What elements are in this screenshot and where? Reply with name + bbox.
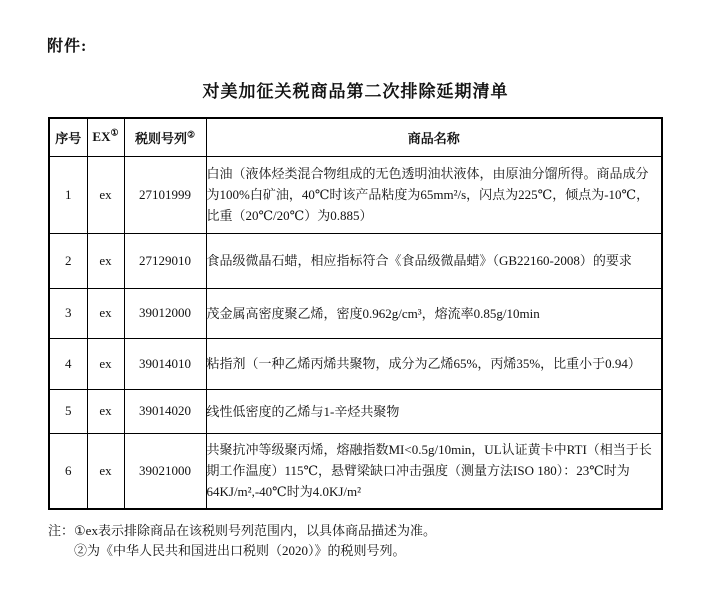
table-row: 1 ex 27101999 白油（液体烃类混合物组成的无色透明油状液体，由原油分… bbox=[49, 156, 662, 233]
cell-seq: 2 bbox=[49, 233, 87, 288]
cell-code: 39014010 bbox=[124, 338, 206, 389]
table-row: 3 ex 39012000 茂金属高密度聚乙烯，密度0.962g/cm³，熔流率… bbox=[49, 288, 662, 338]
cell-desc: 茂金属高密度聚乙烯，密度0.962g/cm³，熔流率0.85g/10min bbox=[206, 288, 662, 338]
attachment-label: 附件: bbox=[47, 33, 87, 56]
cell-code: 27129010 bbox=[124, 233, 206, 288]
table-row: 6 ex 39021000 共聚抗冲等级聚丙烯，熔融指数MI<0.5g/10mi… bbox=[49, 433, 662, 509]
cell-ex: ex bbox=[87, 338, 124, 389]
cell-code: 39014020 bbox=[124, 389, 206, 433]
note-label: 注： bbox=[48, 521, 74, 561]
cell-code: 27101999 bbox=[124, 156, 206, 233]
col-header-ex: EX① bbox=[87, 118, 124, 156]
document-page: 附件: 对美加征关税商品第二次排除延期清单 序号 EX① 税则号列② 商品名称 … bbox=[0, 0, 726, 596]
cell-ex: ex bbox=[87, 433, 124, 509]
document-title: 对美加征关税商品第二次排除延期清单 bbox=[48, 77, 663, 102]
cell-seq: 1 bbox=[49, 156, 87, 233]
cell-seq: 6 bbox=[49, 433, 87, 509]
col-header-seq: 序号 bbox=[49, 118, 87, 156]
table-row: 5 ex 39014020 线性低密度的乙烯与1-辛烃共聚物 bbox=[49, 389, 662, 433]
cell-desc: 白油（液体烃类混合物组成的无色透明油状液体，由原油分馏所得。商品成分为100%白… bbox=[206, 156, 662, 233]
cell-desc: 线性低密度的乙烯与1-辛烃共聚物 bbox=[206, 389, 662, 433]
table-header-row: 序号 EX① 税则号列② 商品名称 bbox=[49, 118, 662, 156]
cell-ex: ex bbox=[87, 156, 124, 233]
col-header-code: 税则号列② bbox=[124, 118, 206, 156]
cell-ex: ex bbox=[87, 389, 124, 433]
cell-ex: ex bbox=[87, 288, 124, 338]
cell-seq: 4 bbox=[49, 338, 87, 389]
notes: 注： ①ex表示排除商品在该税则号列范围内，以具体商品描述为准。 ②为《中华人民… bbox=[48, 521, 436, 561]
cell-ex: ex bbox=[87, 233, 124, 288]
note-item: ①ex表示排除商品在该税则号列范围内，以具体商品描述为准。 bbox=[74, 521, 436, 541]
table-header: 序号 EX① 税则号列② 商品名称 bbox=[49, 118, 662, 156]
col-header-ex-label: EX bbox=[92, 129, 110, 144]
cell-desc: 粘指剂（一种乙烯丙烯共聚物，成分为乙烯65%，丙烯35%，比重小于0.94） bbox=[206, 338, 662, 389]
col-header-code-sup: ② bbox=[187, 129, 195, 139]
col-header-name-label: 商品名称 bbox=[408, 131, 460, 146]
col-header-seq-label: 序号 bbox=[55, 131, 81, 146]
cell-seq: 3 bbox=[49, 288, 87, 338]
cell-desc: 食品级微晶石蜡，相应指标符合《食品级微晶蜡》（GB22160-2008）的要求 bbox=[206, 233, 662, 288]
table-body: 1 ex 27101999 白油（液体烃类混合物组成的无色透明油状液体，由原油分… bbox=[49, 156, 662, 509]
table-row: 4 ex 39014010 粘指剂（一种乙烯丙烯共聚物，成分为乙烯65%，丙烯3… bbox=[49, 338, 662, 389]
table-row: 2 ex 27129010 食品级微晶石蜡，相应指标符合《食品级微晶蜡》（GB2… bbox=[49, 233, 662, 288]
col-header-ex-sup: ① bbox=[110, 128, 118, 138]
note-lines: ①ex表示排除商品在该税则号列范围内，以具体商品描述为准。 ②为《中华人民共和国… bbox=[74, 521, 436, 561]
note-item: ②为《中华人民共和国进出口税则（2020）》的税则号列。 bbox=[74, 541, 436, 561]
cell-seq: 5 bbox=[49, 389, 87, 433]
cell-code: 39021000 bbox=[124, 433, 206, 509]
exclusion-table: 序号 EX① 税则号列② 商品名称 1 ex 27101999 白油（液体烃类混… bbox=[48, 117, 663, 510]
col-header-code-label: 税则号列 bbox=[135, 131, 187, 146]
cell-desc: 共聚抗冲等级聚丙烯，熔融指数MI<0.5g/10min，UL认证黄卡中RTI（相… bbox=[206, 433, 662, 509]
col-header-name: 商品名称 bbox=[206, 118, 662, 156]
cell-code: 39012000 bbox=[124, 288, 206, 338]
